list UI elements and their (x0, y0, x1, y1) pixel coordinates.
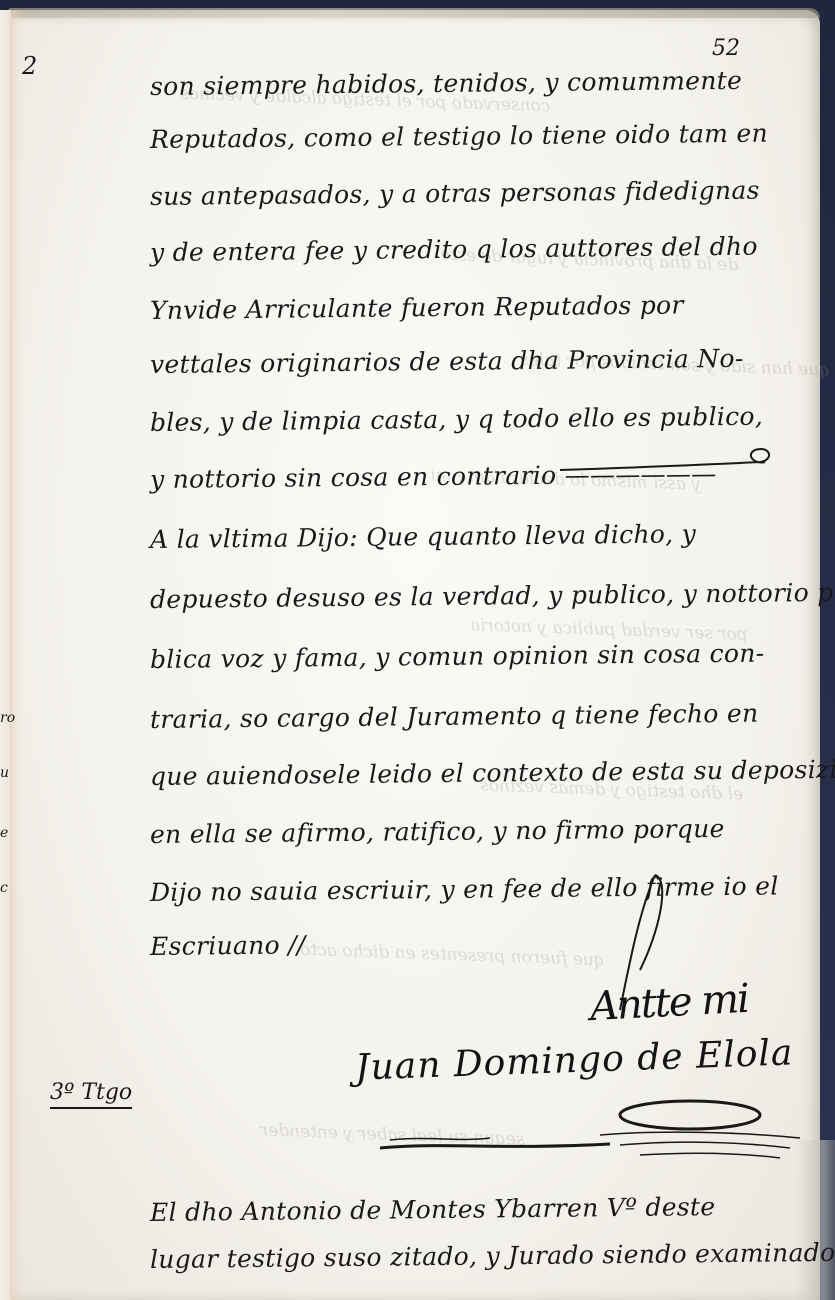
scribe-signature: Antte mi (589, 976, 749, 1030)
margin-note: 3º Ttgo (50, 1080, 132, 1109)
facing-page-fragment: e (0, 825, 8, 841)
facing-page-fragment: c (0, 880, 8, 896)
folio-number-left: 2 (22, 52, 37, 80)
page-top-edge (8, 8, 820, 18)
facing-page-fragment: u (0, 765, 9, 781)
folio-number-right: 52 (712, 36, 740, 61)
page-corner-curl (795, 1140, 835, 1300)
facing-page-fragment: ro (0, 710, 15, 726)
binding-shadow (10, 10, 24, 1300)
